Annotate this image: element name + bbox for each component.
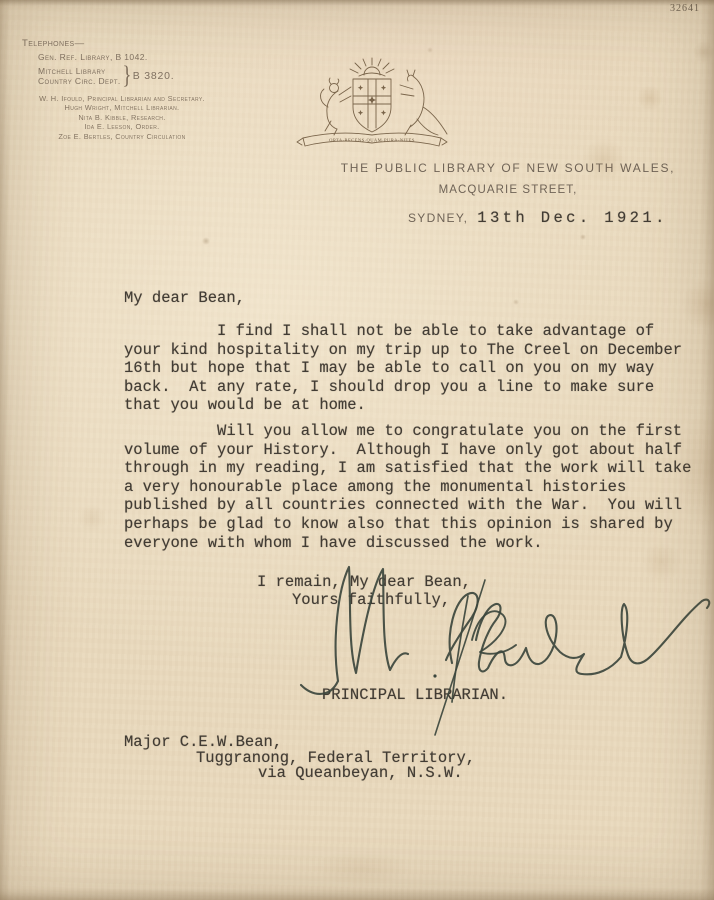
signature-dot <box>433 674 436 677</box>
kangaroo-icon <box>400 70 447 135</box>
staff-line-bertles: Zoe E. Bertles, Country Circulation <box>6 132 238 141</box>
recipient-line-via: via Queanbeyan, N.S.W. <box>258 764 463 783</box>
crest-motto: ORTA·RECENS·QUAM·PURA·NITES <box>329 138 415 143</box>
letterhead-block: THE PUBLIC LIBRARY OF NEW SOUTH WALES, M… <box>303 161 713 196</box>
telephone-line-country: Country Circ. Dept. <box>38 76 121 86</box>
staff-line-wright: Hugh Wright, Mitchell Librarian. <box>6 103 238 112</box>
lion-icon <box>321 78 351 135</box>
signature-ifould <box>285 553 714 748</box>
salutation: My dear Bean, <box>124 289 245 308</box>
institution-name: THE PUBLIC LIBRARY OF NEW SOUTH WALES, <box>303 161 713 175</box>
paragraph-1: I find I shall not be able to take advan… <box>124 322 682 415</box>
file-number: 32641 <box>670 3 700 14</box>
signature-w-stroke <box>301 567 408 694</box>
telephones-heading: Telephones— <box>22 38 175 49</box>
telephone-line-gen-ref: Gen. Ref. Library, B 1042. <box>38 52 175 62</box>
signature-fould-flourish <box>476 600 709 675</box>
letter-page: 32641 Telephones— Gen. Ref. Library, B 1… <box>0 0 714 900</box>
staff-line-leeson: Ida E. Leeson, Order. <box>6 122 238 131</box>
telephone-line-mitchell: Mitchell Library <box>38 66 121 76</box>
telephones-block: Telephones— Gen. Ref. Library, B 1042. M… <box>22 38 175 90</box>
dateline: SYDNEY, 13th Dec. 1921. <box>408 209 668 228</box>
staff-line-ifould: W. H. Ifould, Principal Librarian and Se… <box>6 94 238 103</box>
street-line: MACQUARIE STREET, <box>303 184 713 196</box>
shield-icon <box>353 79 391 132</box>
paragraph-2: Will you allow me to congratulate you on… <box>124 422 691 552</box>
telephone-brace-value: B 3820. <box>133 70 175 82</box>
city-label: SYDNEY, <box>408 211 468 225</box>
staff-list: W. H. Ifould, Principal Librarian and Se… <box>6 94 238 141</box>
date-value: 13th Dec. 1921. <box>477 209 668 228</box>
staff-line-kibble: Nita B. Kibble, Research. <box>6 113 238 122</box>
coat-of-arms-icon: ORTA·RECENS·QUAM·PURA·NITES <box>287 55 457 152</box>
brace-icon: } <box>122 62 131 90</box>
